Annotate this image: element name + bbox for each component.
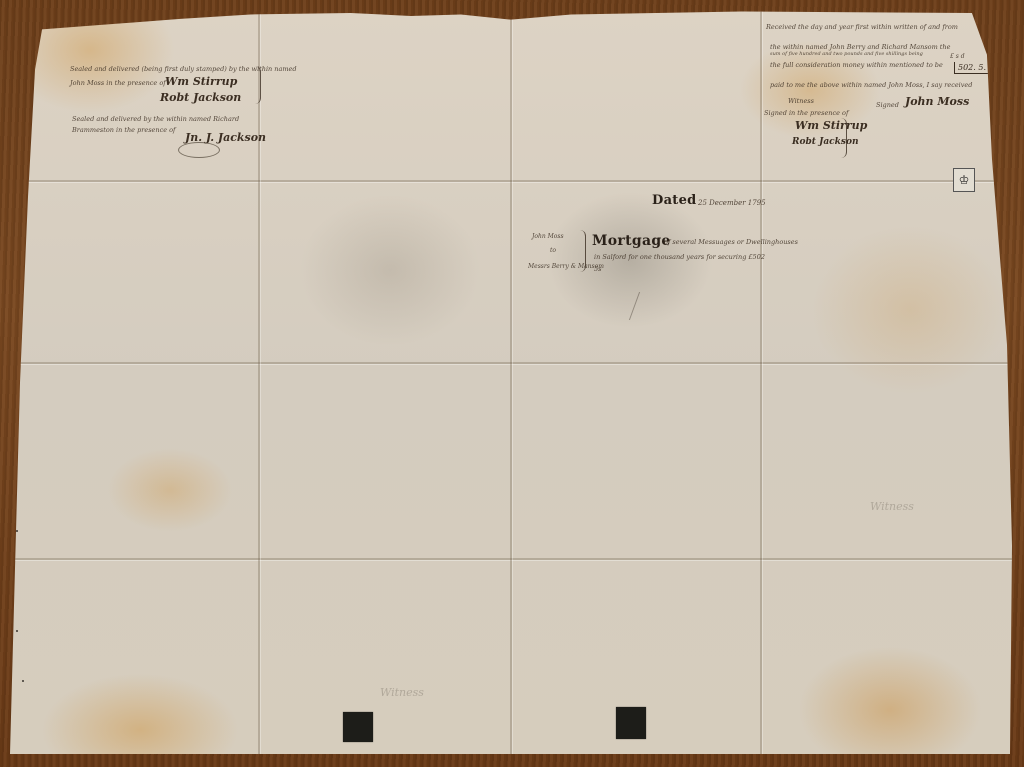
pin-hole (22, 680, 24, 682)
amount-header: £ s d (950, 54, 965, 61)
black-wax-seal-left (343, 712, 373, 742)
pin-hole (1016, 550, 1018, 552)
witness-label: Witness (788, 98, 814, 105)
pin-hole (1014, 430, 1016, 432)
description-line: of several Messuages or Dwellinghouses (664, 239, 798, 246)
pin-hole (1018, 610, 1020, 612)
witness-intro: Signed in the presence of (764, 110, 848, 117)
attestation-line: John Moss in the presence of (70, 80, 166, 87)
description-line: 5s (594, 266, 601, 273)
pin-hole (1013, 330, 1015, 332)
receipt-line: the full consideration money within ment… (770, 62, 943, 69)
brace (254, 66, 261, 104)
parchment-document: Sealed and delivered (being first duly s… (10, 10, 1012, 754)
amount-value: 502. 5. 0 (958, 63, 994, 72)
party-2: Messrs Berry & Mansom (528, 264, 604, 271)
witness-signature: Robt Jackson (792, 138, 859, 148)
attestation-line: Sealed and delivered (being first duly s… (70, 66, 297, 73)
black-wax-seal-right (616, 707, 646, 739)
signed-label: Signed (876, 102, 899, 109)
party-to: to (550, 248, 556, 255)
dated-label: Dated (652, 194, 697, 208)
fold-line-vertical-1 (258, 10, 260, 754)
receipt-line: paid to me the above within named John M… (770, 82, 972, 89)
amount-box: 502. 5. 0 (954, 62, 997, 74)
pin-hole (1020, 660, 1022, 662)
witness-signature: Wm Stirrup (795, 120, 867, 132)
bleed-through-text: Witness (380, 686, 424, 699)
witness-signature: Wm Stirrup (165, 76, 237, 88)
receipt-line: Received the day and year first within w… (766, 24, 958, 31)
receipt-line: sum of five hundred and two pounds and f… (770, 52, 923, 58)
crown-glyph: ♔ (959, 173, 970, 187)
pin-hole (16, 630, 18, 632)
pencil-mark (629, 292, 670, 320)
witness-signature: Robt Jackson (160, 92, 241, 104)
endorsement-date: 25 December 1795 (698, 200, 766, 208)
document-title: Mortgage (592, 234, 671, 249)
fold-line-vertical-2 (510, 10, 512, 754)
flourish (178, 142, 220, 158)
description-line: in Salford for one thousand years for se… (594, 254, 765, 261)
bleed-through-text: Witness (870, 500, 914, 513)
crown-tax-stamp-icon: ♔ (953, 168, 975, 192)
brace (580, 230, 586, 272)
brace (840, 118, 847, 158)
party-1: John Moss (532, 234, 564, 241)
pin-hole (16, 530, 18, 532)
receipt-signer: John Moss (905, 96, 969, 108)
fold-line-vertical-3 (760, 10, 762, 754)
attestation-line: Sealed and delivered by the within named… (72, 116, 239, 123)
attestation-line: Brammeston in the presence of (72, 127, 175, 134)
